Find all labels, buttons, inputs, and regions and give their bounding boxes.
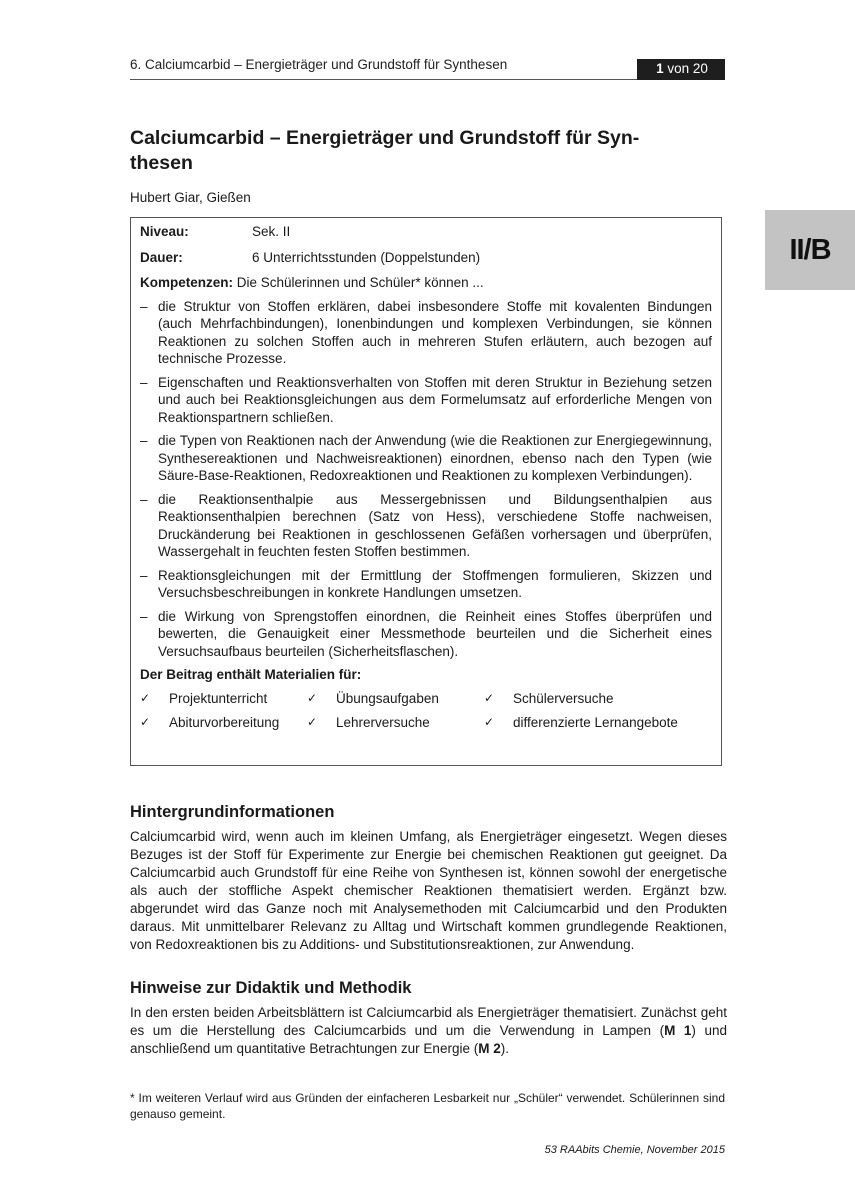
background-heading: Hintergrundinformationen [130,802,727,822]
dash-bullet-icon: – [140,608,158,661]
material-label: differenzierte Lernangebote [513,714,678,732]
dauer-row: Dauer: 6 Unterrichtsstunden (Doppelstund… [140,249,712,267]
didaktik-heading: Hinweise zur Didaktik und Methodik [130,978,727,998]
material-item: ✓differenzierte Lernangebote [484,714,714,732]
checkmark-icon: ✓ [484,690,513,708]
materials-title: Der Beitrag enthält Materialien für: [140,666,712,684]
checkmark-icon: ✓ [307,690,336,708]
material-item: ✓Projektunterricht [140,690,307,708]
running-header: 6. Calciumcarbid – Energieträger und Gru… [130,55,725,80]
material-item: ✓Lehrerversuche [307,714,484,732]
footnote: * Im weiteren Verlauf wird aus Gründen d… [130,1090,725,1122]
didaktik-section: Hinweise zur Didaktik und Methodik In de… [130,978,727,1058]
kompetenz-text: die Reaktionsenthalpie aus Messergebniss… [158,491,712,561]
material-label: Übungsaufgaben [336,690,439,708]
page-current: 1 [656,61,664,76]
page-total: von 20 [664,61,708,76]
kompetenz-text: Reaktionsgleichungen mit der Ermittlung … [158,567,712,602]
dash-bullet-icon: – [140,298,158,368]
material-ref-m1: M 1 [664,1023,691,1038]
checkmark-icon: ✓ [140,690,169,708]
dash-bullet-icon: – [140,432,158,485]
kompetenz-text: die Struktur von Stoffen erklären, dabei… [158,298,712,368]
checkmark-icon: ✓ [484,714,513,732]
dash-bullet-icon: – [140,374,158,427]
kompetenz-item: –die Wirkung von Sprengstoffen einordnen… [140,608,712,661]
background-text: Calciumcarbid wird, wenn auch im kleinen… [130,828,727,954]
running-title: 6. Calciumcarbid – Energieträger und Gru… [130,57,507,72]
material-label: Lehrerversuche [336,714,430,732]
info-box: Niveau: Sek. II Dauer: 6 Unterrichtsstun… [130,217,722,766]
material-item: ✓Schülerversuche [484,690,714,708]
dash-bullet-icon: – [140,491,158,561]
kompetenz-text: Eigenschaften und Reaktionsverhalten von… [158,374,712,427]
kompetenz-text: die Wirkung von Sprengstoffen einordnen,… [158,608,712,661]
kompetenz-item: –Eigenschaften und Reaktionsverhalten vo… [140,374,712,427]
material-label: Schülerversuche [513,690,614,708]
materials-list: ✓Projektunterricht✓Übungsaufgaben✓Schüle… [140,690,712,732]
material-item: ✓Abiturvorbereitung [140,714,307,732]
dash-bullet-icon: – [140,567,158,602]
dauer-label: Dauer: [140,249,252,267]
material-item: ✓Übungsaufgaben [307,690,484,708]
kompetenzen-row: Kompetenzen: Die Schülerinnen und Schüle… [140,274,712,292]
material-ref-m2: M 2 [478,1041,501,1056]
page-number-badge: 1 von 20 [637,59,725,80]
niveau-row: Niveau: Sek. II [140,223,712,241]
kompetenz-item: –die Reaktionsenthalpie aus Messergebnis… [140,491,712,561]
niveau-value: Sek. II [252,223,290,241]
footer-publication: 53 RAAbits Chemie, November 2015 [545,1144,725,1156]
material-label: Abiturvorbereitung [169,714,279,732]
kompetenzen-label: Kompetenzen: [140,275,233,290]
didaktik-text: In den ersten beiden Arbeitsblättern ist… [130,1004,727,1058]
checkmark-icon: ✓ [307,714,336,732]
section-tab: II/B [765,210,855,290]
dauer-value: 6 Unterrichtsstunden (Doppelstunden) [252,249,480,267]
material-label: Projektunterricht [169,690,267,708]
kompetenzen-list: –die Struktur von Stoffen erklären, dabe… [140,298,712,661]
kompetenzen-intro: Die Schülerinnen und Schüler* können ... [233,275,484,290]
kompetenz-text: die Typen von Reaktionen nach der Anwend… [158,432,712,485]
kompetenz-item: –Reaktionsgleichungen mit der Ermittlung… [140,567,712,602]
author: Hubert Giar, Gießen [130,190,251,205]
kompetenz-item: –die Typen von Reaktionen nach der Anwen… [140,432,712,485]
kompetenz-item: –die Struktur von Stoffen erklären, dabe… [140,298,712,368]
checkmark-icon: ✓ [140,714,169,732]
background-section: Hintergrundinformationen Calciumcarbid w… [130,802,727,954]
niveau-label: Niveau: [140,223,252,241]
page-title: Calciumcarbid – Energieträger und Grunds… [130,126,727,176]
